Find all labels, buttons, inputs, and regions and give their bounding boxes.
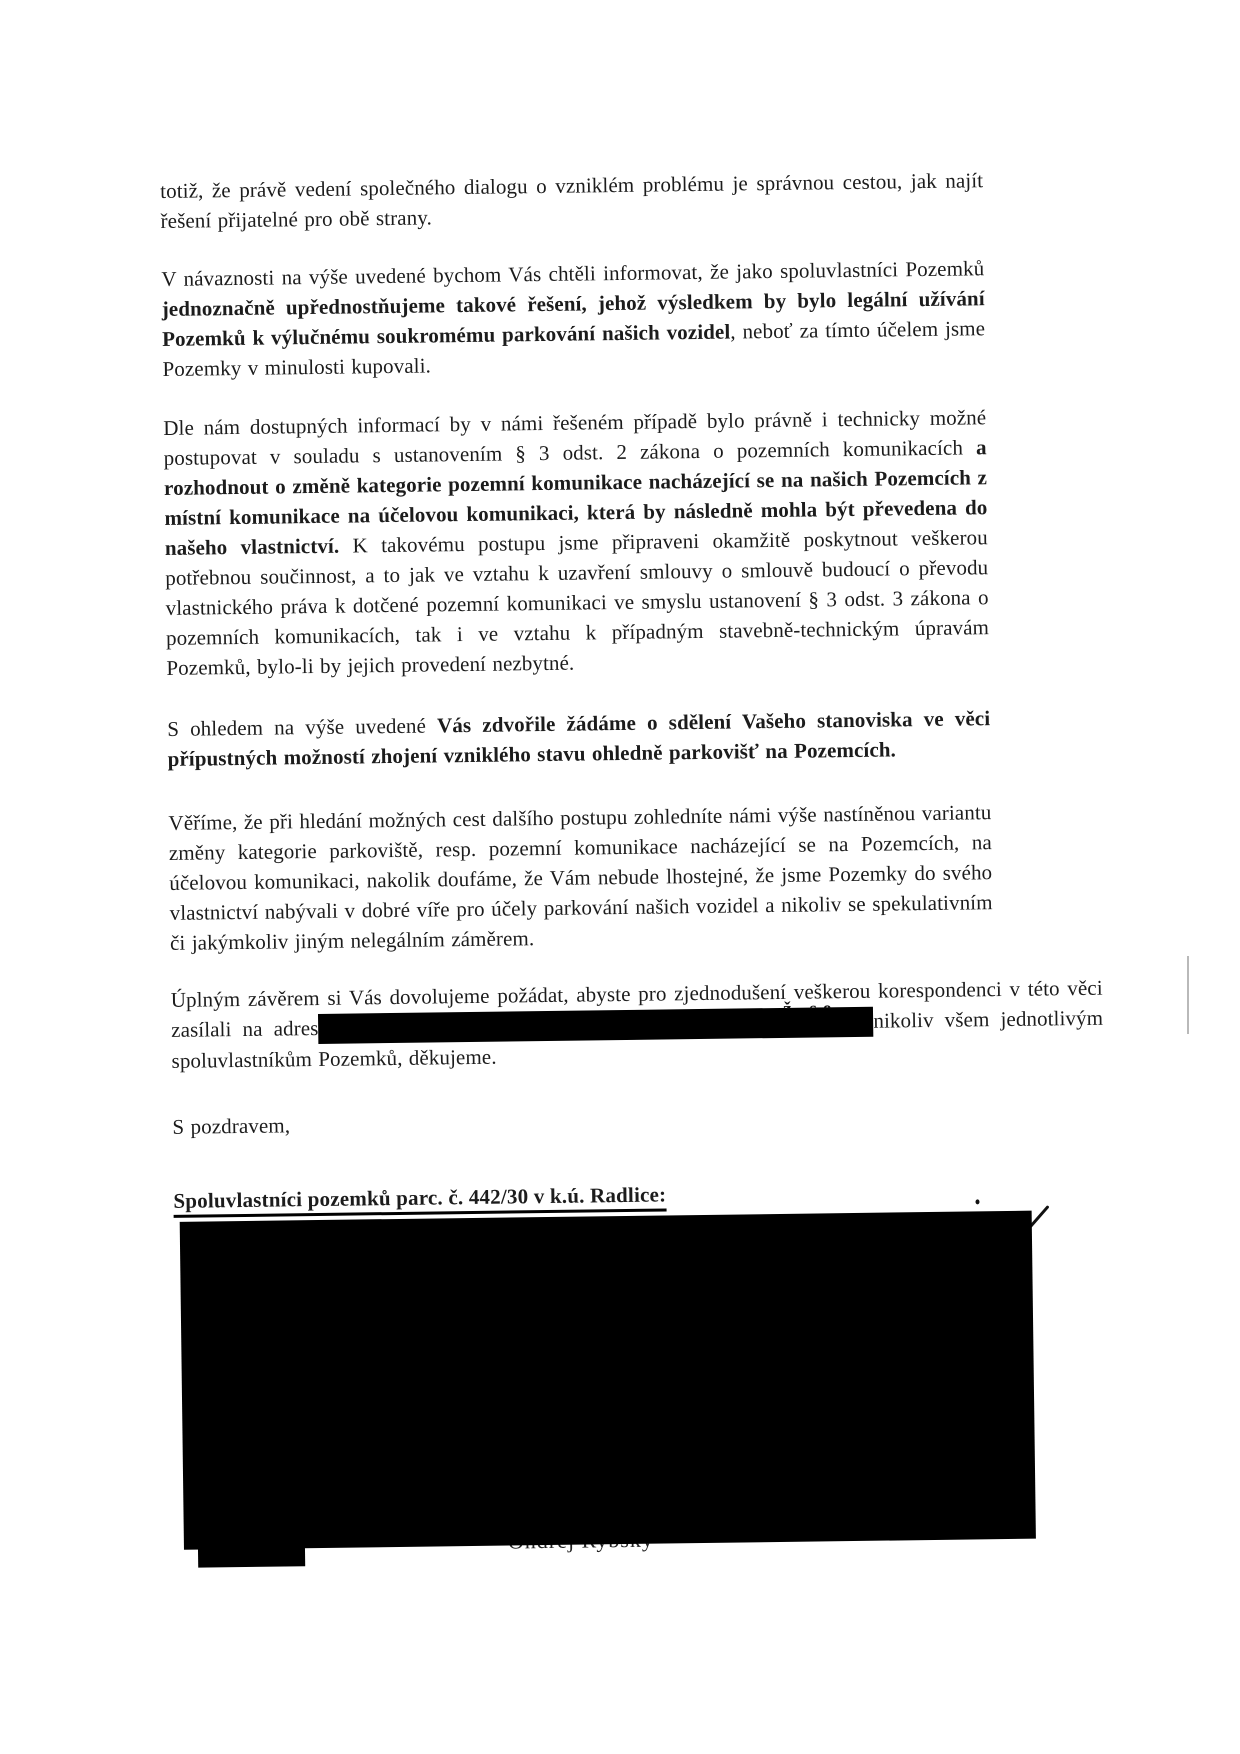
signature-redaction-area: Ondřej Rybský xyxy=(176,1211,1041,1587)
text-run: V návaznosti na výše uvedené bychom Vás … xyxy=(161,256,984,291)
document-page: totiž, že právě vedení společného dialog… xyxy=(0,0,1240,1754)
redaction-peek-fragment: ž se xyxy=(783,997,837,1009)
paragraph: Dle nám dostupných informací by v námi ř… xyxy=(163,402,989,683)
pen-stroke-mark xyxy=(1029,1205,1050,1228)
redaction-bar: ž se xyxy=(318,1007,873,1044)
paragraph: totiž, že právě vedení společného dialog… xyxy=(160,165,984,236)
paragraph-with-redaction: Úplným závěrem si Vás dovolujeme požádat… xyxy=(171,973,1104,1076)
letter-content: totiž, že právě vedení společného dialog… xyxy=(160,165,1001,1587)
paragraph: S ohledem na výše uvedené Vás zdvořile ž… xyxy=(167,703,991,774)
scan-edge-artifact xyxy=(1187,956,1189,1034)
closing-salutation: S pozdravem, xyxy=(172,1101,995,1142)
signature-heading: Spoluvlastníci pozemků parc. č. 442/30 v… xyxy=(173,1182,666,1217)
paragraph: V návaznosti na výše uvedené bychom Vás … xyxy=(161,253,986,384)
text-run: Dle nám dostupných informací by v námi ř… xyxy=(163,405,986,470)
paragraph: Věříme, že při hledání možných cest dalš… xyxy=(168,797,993,958)
text-run: totiž, že právě vedení společného dialog… xyxy=(160,168,983,233)
text-run: S ohledem na výše uvedené xyxy=(167,713,437,741)
redaction-block-tab xyxy=(198,1547,305,1567)
pen-dot-mark xyxy=(975,1199,979,1204)
redaction-block xyxy=(180,1211,1036,1550)
scanned-letter-page: { "page": { "background": "#ffffff", "te… xyxy=(0,0,1240,1754)
text-run: Věříme, že při hledání možných cest dalš… xyxy=(168,800,992,955)
